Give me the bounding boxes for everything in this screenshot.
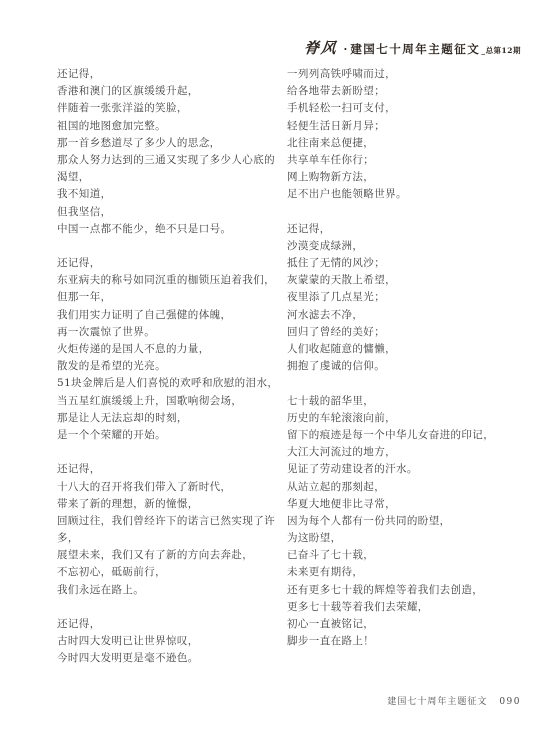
poem-line: 足不出户也能领略世界。 bbox=[287, 186, 522, 203]
poem-line: 51块金牌后是人们喜悦的欢呼和欣慰的泪水， bbox=[57, 375, 287, 392]
poem-line: 还记得， bbox=[57, 461, 287, 478]
poem-line: 河水滤去不净， bbox=[287, 307, 522, 324]
column-left: 还记得，香港和澳门的区旗缓缓升起，伴随着一张张洋溢的笑脸，祖国的地图愈加完整。那… bbox=[57, 66, 287, 685]
header-issue-number: _总第12期 bbox=[481, 45, 521, 56]
poem-line: 北往南来总便捷， bbox=[287, 135, 522, 152]
page-header: 脊风 · 建国七十周年主题征文 _总第12期 bbox=[304, 37, 521, 58]
poem-line: 但那一年， bbox=[57, 289, 287, 306]
poem-line: 带来了新的理想，新的憧憬， bbox=[57, 496, 287, 513]
page-footer: 建国七十周年主题征文 090 bbox=[387, 694, 521, 707]
poem-line: 当五星红旗缓缓上升，国歌响彻会场， bbox=[57, 393, 287, 410]
poem-line: 更多七十载等着我们去荣耀， bbox=[287, 599, 522, 616]
poem-line: 历史的车轮滚滚向前， bbox=[287, 410, 522, 427]
poem-line: 沙漠变成绿洲， bbox=[287, 238, 522, 255]
poem-line: 伴随着一张张洋溢的笑脸， bbox=[57, 100, 287, 117]
poem-line: 今时四大发明更是毫不逊色。 bbox=[57, 650, 287, 667]
poem-line: 因为每个人都有一份共同的盼望， bbox=[287, 513, 522, 530]
poem-line: 脚步一直在路上！ bbox=[287, 633, 522, 650]
poem-line: 拥抱了虔诚的信仰。 bbox=[287, 358, 522, 375]
poem-line: 还记得， bbox=[287, 221, 522, 238]
poem-line: 但我坚信， bbox=[57, 204, 287, 221]
poem-line: 为这盼望， bbox=[287, 530, 522, 547]
poem-line: 火炬传递的是国人不息的力量， bbox=[57, 341, 287, 358]
stanza: 一列列高铁呼啸而过，给各地带去新盼望；手机轻松一扫可支付，轻便生活日新月异；北往… bbox=[287, 66, 522, 204]
poem-line: 夜里添了几点星光； bbox=[287, 289, 522, 306]
poem-line: 是一个个荣耀的开始。 bbox=[57, 427, 287, 444]
poem-line: 展望未来，我们又有了新的方向去奔赴， bbox=[57, 547, 287, 564]
poem-line: 再一次震惊了世界。 bbox=[57, 324, 287, 341]
poem-line: 留下的痕迹是每一个中华儿女奋进的印记， bbox=[287, 427, 522, 444]
poem-line: 那是让人无法忘却的时刻， bbox=[57, 410, 287, 427]
poem-line: 香港和澳门的区旗缓缓升起， bbox=[57, 83, 287, 100]
poem-line: 那一首乡愁道尽了多少人的思念， bbox=[57, 135, 287, 152]
poem-line: 华夏大地便非比寻常， bbox=[287, 496, 522, 513]
poem-line: 给各地带去新盼望； bbox=[287, 83, 522, 100]
stanza: 还记得，古时四大发明已让世界惊叹，今时四大发明更是毫不逊色。 bbox=[57, 616, 287, 668]
header-separator-dot: · bbox=[343, 43, 347, 56]
header-title: 建国七十周年主题征文 bbox=[350, 41, 480, 57]
poem-line: 我不知道， bbox=[57, 186, 287, 203]
poem-line: 还记得， bbox=[57, 66, 287, 83]
poem-line: 还有更多七十载的辉煌等着我们去创造， bbox=[287, 582, 522, 599]
poem-line: 手机轻松一扫可支付， bbox=[287, 100, 522, 117]
poem-line: 七十载的韶华里， bbox=[287, 393, 522, 410]
poem-line: 还记得， bbox=[57, 255, 287, 272]
stanza: 还记得，东亚病夫的称号如同沉重的枷锁压迫着我们，但那一年，我们用实力证明了自己强… bbox=[57, 255, 287, 444]
poem-line: 网上购物新方法， bbox=[287, 169, 522, 186]
poem-line: 回顾过往，我们曾经许下的诺言已然实现了许 bbox=[57, 513, 287, 530]
footer-page-number: 090 bbox=[499, 697, 521, 707]
poem-line: 大江大河流过的地方， bbox=[287, 444, 522, 461]
poem-line: 初心一直被铭记， bbox=[287, 616, 522, 633]
masthead-logo: 脊风 bbox=[303, 37, 339, 58]
poem-line: 中国一点都不能少，绝不只是口号。 bbox=[57, 221, 287, 238]
stanza: 还记得，十八大的召开将我们带入了新时代，带来了新的理想，新的憧憬，回顾过往，我们… bbox=[57, 461, 287, 599]
poem-line: 已奋斗了七十载， bbox=[287, 547, 522, 564]
poem-line: 共享单车任你行； bbox=[287, 152, 522, 169]
poem-line: 我们永远在路上。 bbox=[57, 582, 287, 599]
poem-line: 回归了曾经的美好； bbox=[287, 324, 522, 341]
stanza: 七十载的韶华里，历史的车轮滚滚向前，留下的痕迹是每一个中华儿女奋进的印记，大江大… bbox=[287, 393, 522, 651]
poem-line: 渴望， bbox=[57, 169, 287, 186]
poem-line: 十八大的召开将我们带入了新时代， bbox=[57, 479, 287, 496]
stanza: 还记得，香港和澳门的区旗缓缓升起，伴随着一张张洋溢的笑脸，祖国的地图愈加完整。那… bbox=[57, 66, 287, 238]
poem-line: 祖国的地图愈加完整。 bbox=[57, 118, 287, 135]
poem-line: 从站立起的那刻起， bbox=[287, 479, 522, 496]
poem-line: 未来更有期待， bbox=[287, 564, 522, 581]
poem-line: 见证了劳动建设者的汗水。 bbox=[287, 461, 522, 478]
poem-line: 抵住了无情的风沙； bbox=[287, 255, 522, 272]
poem-line: 那众人努力达到的三通又实现了多少人心底的 bbox=[57, 152, 287, 169]
footer-label: 建国七十周年主题征文 bbox=[387, 697, 487, 707]
poem-line: 古时四大发明已让世界惊叹， bbox=[57, 633, 287, 650]
poem-line: 一列列高铁呼啸而过， bbox=[287, 66, 522, 83]
poem-line: 散发的是希望的光亮。 bbox=[57, 358, 287, 375]
poem-line: 轻便生活日新月异； bbox=[287, 118, 522, 135]
poem-line: 东亚病夫的称号如同沉重的枷锁压迫着我们， bbox=[57, 272, 287, 289]
poem-line: 还记得， bbox=[57, 616, 287, 633]
poem-line: 多， bbox=[57, 530, 287, 547]
poem-line: 我们用实力证明了自己强健的体魄， bbox=[57, 307, 287, 324]
magazine-page: 脊风 · 建国七十周年主题征文 _总第12期 还记得，香港和澳门的区旗缓缓升起，… bbox=[0, 0, 554, 746]
poem-line: 不忘初心，砥砺前行， bbox=[57, 564, 287, 581]
column-right: 一列列高铁呼啸而过，给各地带去新盼望；手机轻松一扫可支付，轻便生活日新月异；北往… bbox=[287, 66, 522, 668]
poem-line: 人们收起随意的慵懒， bbox=[287, 341, 522, 358]
poem-line: 灰蒙蒙的天散上希望， bbox=[287, 272, 522, 289]
stanza: 还记得，沙漠变成绿洲，抵住了无情的风沙；灰蒙蒙的天散上希望，夜里添了几点星光；河… bbox=[287, 221, 522, 376]
